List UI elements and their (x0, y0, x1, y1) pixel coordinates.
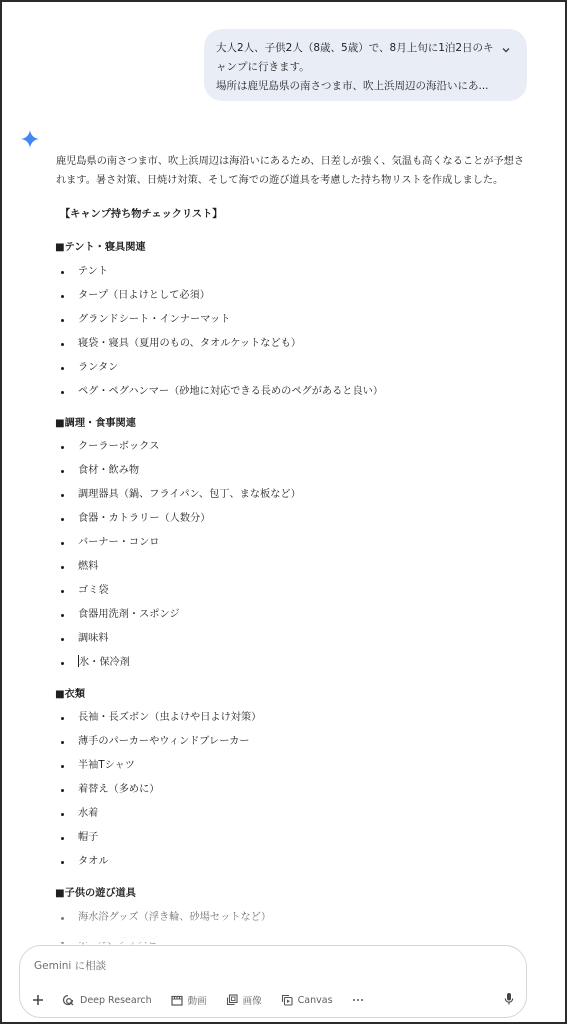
list-item: ランタン (56, 358, 531, 382)
prompt-input-box[interactable]: Gemini に相談 Deep Research 動画 (19, 945, 527, 1018)
checklist-title: 【キャンプ持ち物チェックリスト】 (60, 205, 531, 224)
image-button[interactable]: 画像 (226, 993, 262, 1007)
microphone-button[interactable] (504, 992, 514, 1009)
list-item: 海水浴グッズ（浮き輪、砂場セットなど） (56, 908, 531, 932)
list-item: タオル (56, 852, 531, 876)
section-title: ■衣類 (55, 685, 531, 704)
image-label: 画像 (243, 993, 262, 1007)
list-item: 着替え（多めに） (56, 780, 531, 804)
list-item: 調味料 (56, 629, 531, 653)
plus-icon (32, 994, 44, 1006)
list-item: 食器・カトラリー（人数分） (56, 509, 531, 533)
response-body: 鹿児島県の南さつま市、吹上浜周辺は海沿いにあるため、日差しが強く、気温も高くなる… (56, 152, 531, 956)
list-item: 食器用洗剤・スポンジ (56, 605, 531, 629)
more-button[interactable] (352, 998, 364, 1002)
list-item: 水着 (56, 804, 531, 828)
list-item: 氷・保冷剤 (56, 653, 531, 677)
list-item-text: 氷・保冷剤 (79, 657, 130, 668)
deep-research-icon (62, 994, 75, 1007)
list-item: タープ（日よけとして必須） (56, 286, 531, 310)
chevron-down-icon[interactable] (499, 43, 513, 57)
microphone-icon (504, 998, 514, 1009)
list-item: ゴミ袋 (56, 581, 531, 605)
app-frame: 大人2人、子供2人（8歳、5歳）で、8月上旬に1泊2日のキ ャンプに行きます。 … (0, 0, 567, 1024)
user-message-line: ャンプに行きます。 (216, 58, 493, 77)
list-item: 帽子 (56, 828, 531, 852)
item-list: テント タープ（日よけとして必須） グランドシート・インナーマット 寝袋・寝具（… (56, 262, 531, 406)
user-message-line: 大人2人、子供2人（8歳、5歳）で、8月上旬に1泊2日のキ (216, 39, 493, 58)
input-toolbar: Deep Research 動画 画像 Canvas (32, 990, 514, 1010)
video-label: 動画 (188, 993, 207, 1007)
add-button[interactable] (32, 994, 44, 1006)
list-item: クーラーボックス (56, 437, 531, 461)
response-intro: 鹿児島県の南さつま市、吹上浜周辺は海沿いにあるため、日差しが強く、気温も高くなる… (56, 152, 531, 191)
list-item: 調理器具（鍋、フライパン、包丁、まな板など） (56, 485, 531, 509)
video-icon (171, 995, 183, 1006)
list-item: ペグ・ペグハンマー（砂地に対応できる長めのペグがあると良い） (56, 382, 531, 406)
list-item: 食材・飲み物 (56, 461, 531, 485)
list-item: テント (56, 262, 531, 286)
user-message-bubble: 大人2人、子供2人（8歳、5歳）で、8月上旬に1泊2日のキ ャンプに行きます。 … (204, 29, 527, 101)
deep-research-label: Deep Research (80, 995, 152, 1006)
section-title: ■調理・食事関連 (55, 414, 531, 433)
canvas-button[interactable]: Canvas (281, 994, 333, 1006)
list-item: バーナー・コンロ (56, 533, 531, 557)
prompt-input[interactable]: Gemini に相談 (34, 958, 106, 973)
item-list: クーラーボックス 食材・飲み物 調理器具（鍋、フライパン、包丁、まな板など） 食… (56, 437, 531, 677)
section-title: ■子供の遊び道具 (55, 884, 531, 903)
list-item: 半袖Tシャツ (56, 756, 531, 780)
canvas-label: Canvas (298, 995, 333, 1006)
list-item: 長袖・長ズボン（虫よけや日よけ対策） (56, 708, 531, 732)
user-message-line: 場所は鹿児島県の南さつま市、吹上浜周辺の海沿いにあ... (216, 77, 493, 96)
canvas-icon (281, 994, 293, 1006)
list-item: 燃料 (56, 557, 531, 581)
more-icon (352, 998, 364, 1002)
deep-research-button[interactable]: Deep Research (62, 994, 152, 1007)
image-icon (226, 994, 238, 1006)
gemini-sparkle-icon (21, 130, 39, 148)
section-title: ■テント・寝具関連 (55, 238, 531, 257)
video-button[interactable]: 動画 (171, 993, 207, 1007)
list-item: 薄手のパーカーやウィンドブレーカー (56, 732, 531, 756)
list-item: グランドシート・インナーマット (56, 310, 531, 334)
list-item: 寝袋・寝具（夏用のもの、タオルケットなども） (56, 334, 531, 358)
item-list: 長袖・長ズボン（虫よけや日よけ対策） 薄手のパーカーやウィンドブレーカー 半袖T… (56, 708, 531, 876)
